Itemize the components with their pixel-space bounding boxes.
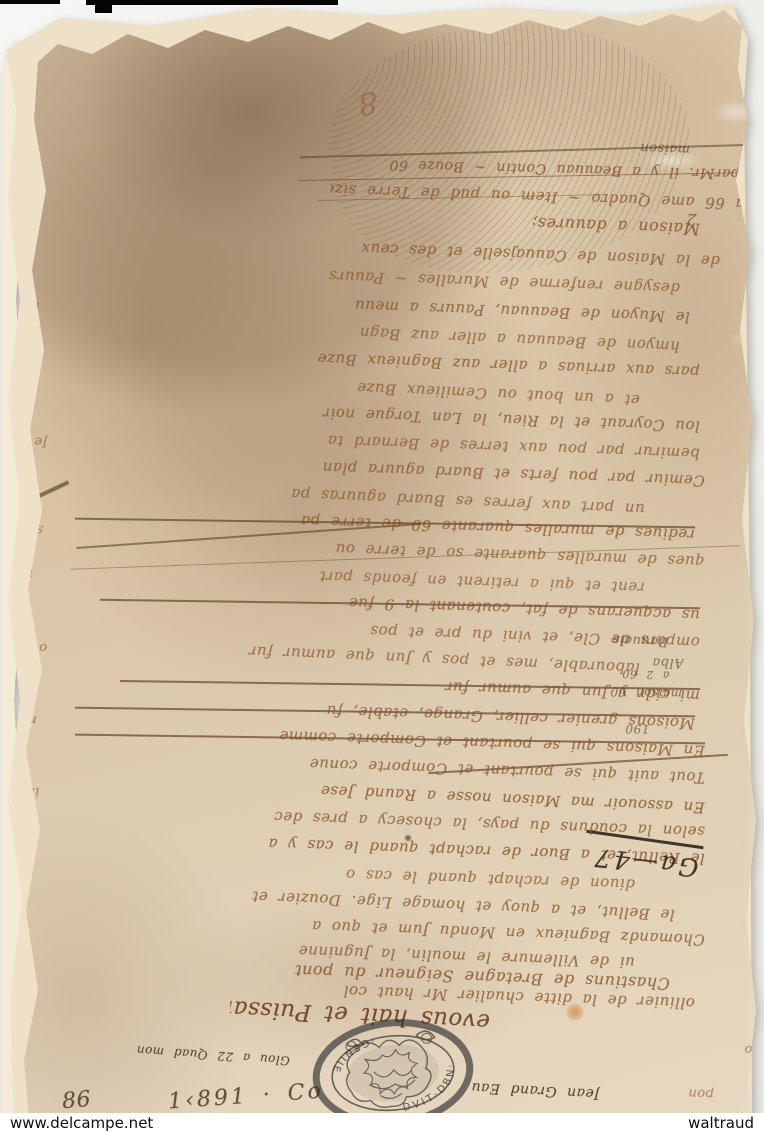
watermark-site: www.delcampe.net — [10, 1114, 153, 1132]
margin-note: 190 — [625, 722, 650, 737]
manuscript-sheet: parMr. il y a Beauuau Contin ~ Bouze 60l… — [0, 0, 764, 1132]
margin-note: a 2 60 — [622, 667, 670, 682]
margin-note: maison — [640, 140, 691, 157]
watermark-bar: www.delcampe.net waltraud — [0, 1113, 764, 1132]
inventory-number: 86 — [61, 1087, 92, 1114]
margin-note: Bauuais — [612, 632, 669, 649]
margin-note: 2 — [686, 210, 697, 229]
edge-fragment: pon — [688, 1086, 715, 1102]
edge-fragment: Je — [34, 434, 48, 449]
manuscript-paper: parMr. il y a Beauuau Contin ~ Bouze 60l… — [0, 0, 764, 1132]
watermark-user: waltraud — [688, 1114, 754, 1132]
margin-note: maison 60 — [610, 685, 683, 702]
scanned-manuscript-photo: parMr. il y a Beauuau Contin ~ Bouze 60l… — [0, 0, 764, 1132]
